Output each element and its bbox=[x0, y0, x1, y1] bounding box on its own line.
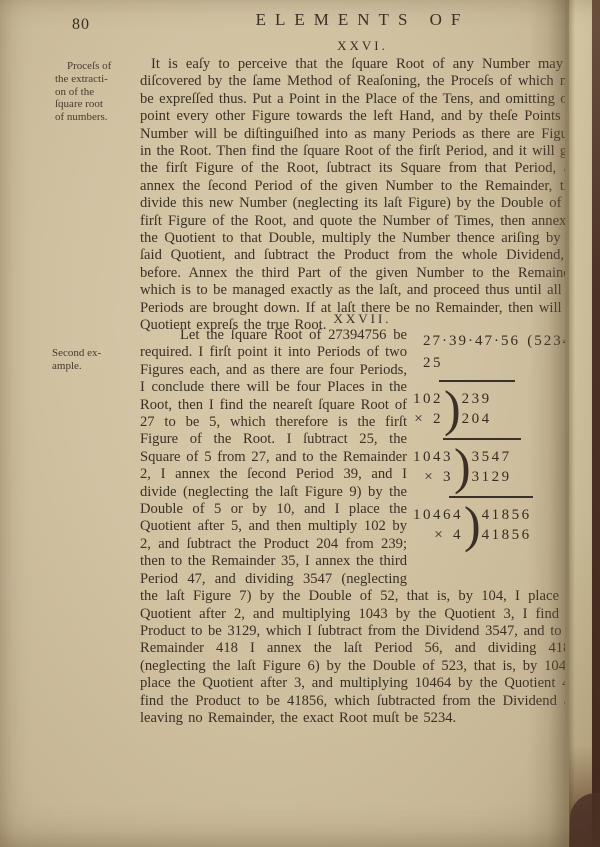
calc-step-2-multiplier: × 3 bbox=[413, 467, 453, 487]
book-binding-edge bbox=[592, 0, 600, 847]
calc-step-3-right: 41856 41856 bbox=[482, 505, 532, 545]
page-number: 80 bbox=[72, 16, 90, 34]
page-content: 80 ELEMENTS OF XXVI. Proceſs of the extr… bbox=[0, 0, 600, 847]
calc-step-2-right: 3547 3129 bbox=[472, 447, 512, 487]
calc-step-1-right: 239 204 bbox=[462, 389, 492, 429]
calc-step-2-left: 1043 × 3 bbox=[413, 447, 453, 487]
division-paren-icon: ) bbox=[444, 386, 461, 429]
paragraph-xxvi-text: It is eaſy to perceive that the ſquare R… bbox=[140, 56, 585, 333]
side-note-second-example: Second ex- ample. bbox=[52, 347, 138, 373]
side-note-process-of-extraction: Proceſs of the extracti- on of the ſquar… bbox=[55, 60, 141, 124]
section-heading-xxvi: XXVI. bbox=[140, 38, 585, 54]
calc-step-2-product: 3129 bbox=[472, 467, 512, 487]
section-heading-xxvii: XXVII. bbox=[140, 311, 585, 327]
calc-step-1-divisor: 102 bbox=[413, 389, 443, 409]
division-paren-icon: ) bbox=[464, 502, 481, 545]
calc-step-3-product: 41856 bbox=[482, 525, 532, 545]
adjacent-page-edge-shadow bbox=[569, 0, 575, 847]
book-page-scan: 80 ELEMENTS OF XXVI. Proceſs of the extr… bbox=[0, 0, 600, 847]
calc-step-3-divisor: 10464 bbox=[413, 505, 463, 525]
calc-step-3-dividend: 41856 bbox=[482, 505, 532, 525]
calc-step-2-dividend: 3547 bbox=[472, 447, 512, 467]
paragraph-xxvii: 27·39·47·56 (5234 25 102 × 2 ) 239 204 bbox=[140, 327, 585, 727]
page-gutter-shadow bbox=[528, 0, 566, 847]
calc-step-1-left: 102 × 2 bbox=[413, 389, 443, 429]
division-paren-icon: ) bbox=[454, 444, 471, 487]
calc-step-1-multiplier: × 2 bbox=[413, 409, 443, 429]
calc-step-1-product: 204 bbox=[462, 409, 492, 429]
paragraph-xxvi: It is eaſy to perceive that the ſquare R… bbox=[140, 56, 585, 335]
calc-step-3-left: 10464 × 4 bbox=[413, 505, 463, 545]
calc-step-2-divisor: 1043 bbox=[413, 447, 453, 467]
calc-rule-3 bbox=[449, 496, 533, 498]
calc-step-1-dividend: 239 bbox=[462, 389, 492, 409]
calc-step-3-multiplier: × 4 bbox=[413, 525, 463, 545]
running-head: ELEMENTS OF bbox=[140, 10, 585, 30]
